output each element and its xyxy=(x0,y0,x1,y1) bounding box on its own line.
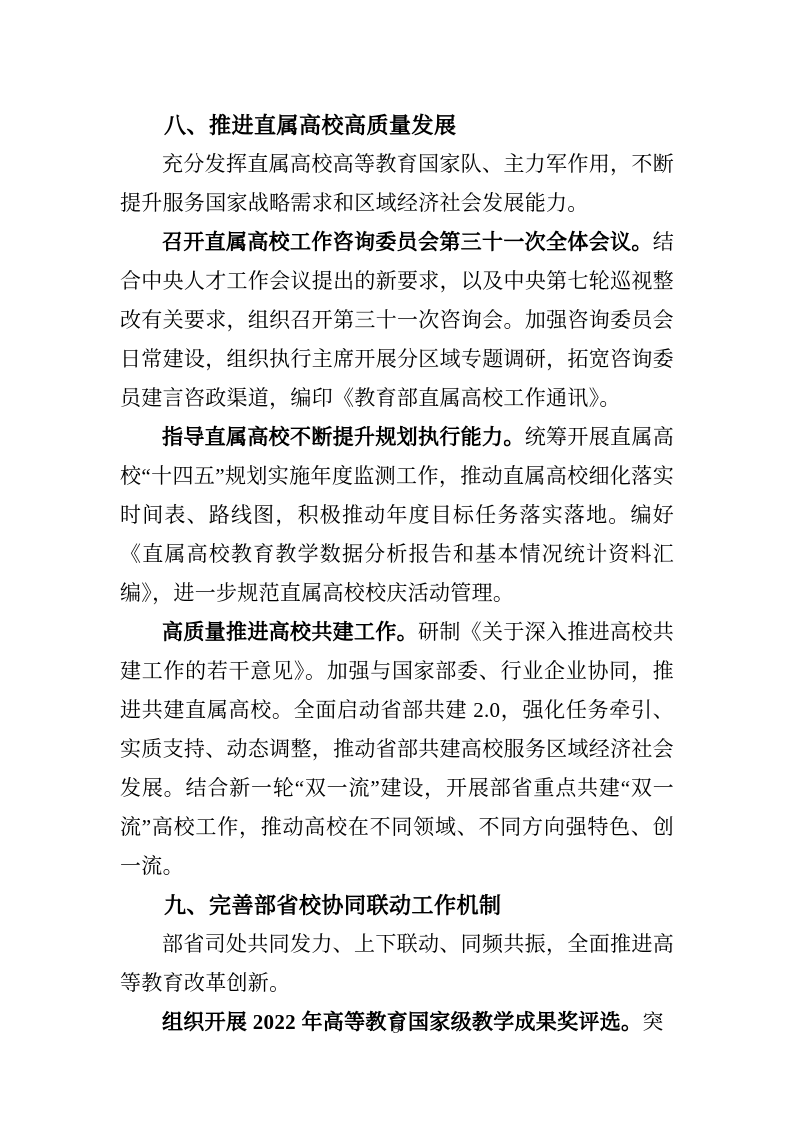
paragraph: 召开直属高校工作咨询委员会第三十一次全体会议。结合中央人才工作会议提出的新要求，… xyxy=(120,223,674,418)
document-body: 八、推进直属高校高质量发展充分发挥直属高校高等教育国家队、主力军作用，不断提升服… xyxy=(120,106,674,1042)
section-heading: 八、推进直属高校高质量发展 xyxy=(120,106,674,145)
paragraph: 指导直属高校不断提升规划执行能力。统筹开展直属高校“十四五”规划实施年度监测工作… xyxy=(120,418,674,613)
paragraph-lead-sentence: 召开直属高校工作咨询委员会第三十一次全体会议。 xyxy=(162,230,653,254)
page-number: 9 xyxy=(0,1019,793,1039)
paragraph: 部省司处共同发力、上下联动、同频共振，全面推进高等教育改革创新。 xyxy=(120,925,674,1003)
paragraph: 高质量推进高校共建工作。研制《关于深入推进高校共建工作的若干意见》。加强与国家部… xyxy=(120,613,674,886)
document-page: 八、推进直属高校高质量发展充分发挥直属高校高等教育国家队、主力军作用，不断提升服… xyxy=(0,0,793,1122)
paragraph-lead-sentence: 高质量推进高校共建工作。 xyxy=(162,620,418,644)
paragraph-lead-sentence: 指导直属高校不断提升规划执行能力。 xyxy=(162,425,525,449)
section-heading: 九、完善部省校协同联动工作机制 xyxy=(120,886,674,925)
paragraph: 充分发挥直属高校高等教育国家队、主力军作用，不断提升服务国家战略需求和区域经济社… xyxy=(120,145,674,223)
